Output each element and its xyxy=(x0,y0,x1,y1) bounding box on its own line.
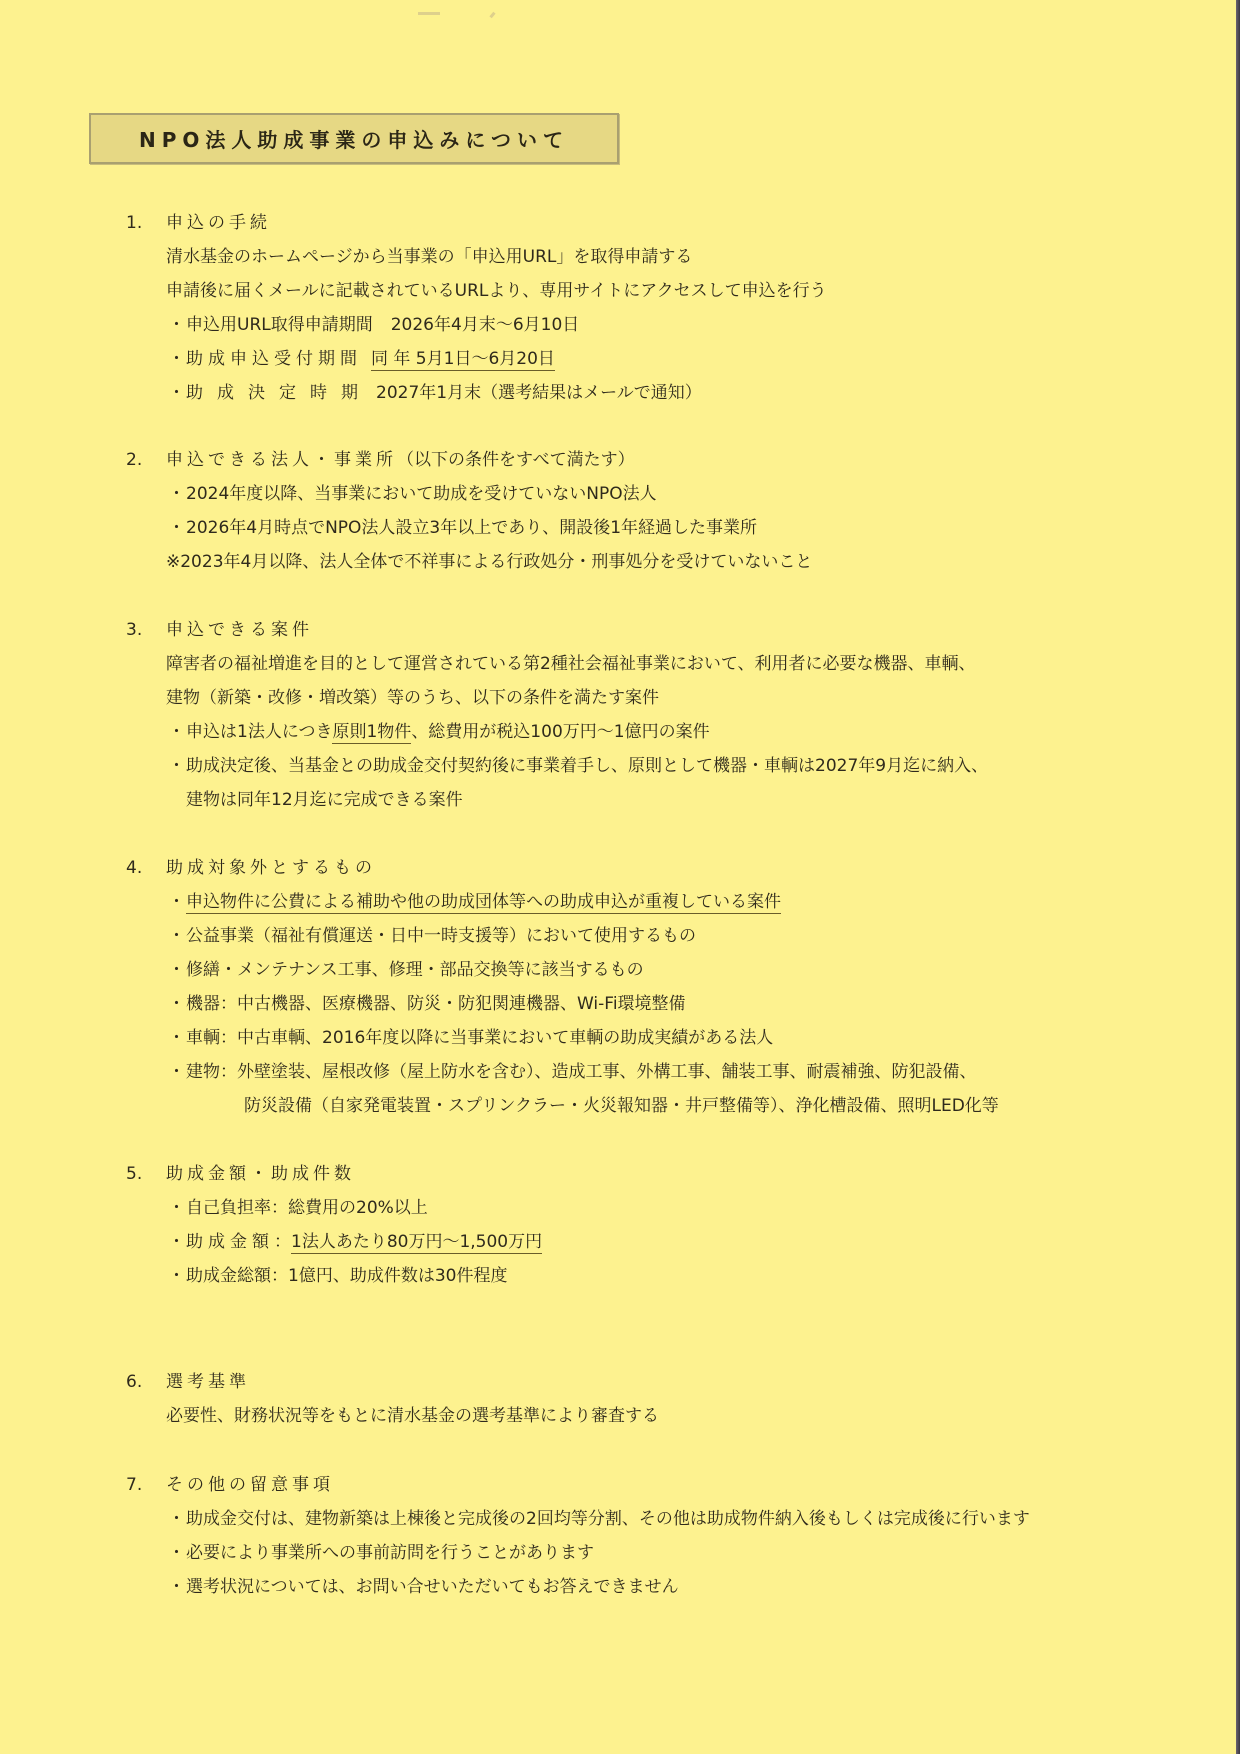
item-value-underlined: 同 年 5月1日～6月20日 xyxy=(371,349,555,371)
item-value: 1億円、助成件数は30件程度 xyxy=(288,1266,507,1286)
paragraph-line: 必要性、財務状況等をもとに清水基金の選考基準により審査する xyxy=(126,1399,1226,1433)
item-label: 建物 xyxy=(186,1062,220,1082)
bullet-icon: ・ xyxy=(168,1570,186,1604)
bullet-icon: ・ xyxy=(168,1021,186,1055)
section-2: 2.申込できる法人・事業所（以下の条件をすべて満たす） ・2024年度以降、当事… xyxy=(126,443,1226,579)
item-text: 選考状況については、お問い合せいただいてもお答えできません xyxy=(186,1577,679,1597)
bullet-icon: ・ xyxy=(168,885,186,919)
list-item: ・申込用URL取得申請期間2026年4月末～6月10日 xyxy=(126,308,1226,342)
bullet-icon: ・ xyxy=(168,1536,186,1570)
bullet-icon: ・ xyxy=(168,376,186,410)
item-label: 車輌 xyxy=(186,1028,220,1048)
section-heading: 5.助成金額・助成件数 xyxy=(126,1157,1226,1191)
list-item: ・助成決定後、当基金との助成金交付契約後に事業着手し、原則として機器・車輌は20… xyxy=(126,749,1226,783)
bullet-icon: ・ xyxy=(168,1055,186,1089)
item-value: 2026年4月末～6月10日 xyxy=(391,315,580,335)
item-value-underlined: 1法人あたり80万円～1,500万円 xyxy=(291,1232,542,1254)
heading-note: （以下の条件をすべて満たす） xyxy=(397,450,635,470)
item-text: 公益事業（福祉有償運送・日中一時支援等）において使用するもの xyxy=(186,926,696,946)
page-edge xyxy=(1236,0,1240,1754)
list-item: ・機器：中古機器、医療機器、防災・防犯関連機器、Wi-Fi環境整備 xyxy=(126,987,1226,1021)
paragraph-line: 清水基金のホームページから当事業の「申込用URL」を取得申請する xyxy=(126,240,1226,274)
item-value: 総費用の20%以上 xyxy=(288,1198,428,1218)
item-text: 2026年4月時点でNPO法人設立3年以上であり、開設後1年経過した事業所 xyxy=(186,518,757,538)
section-5: 5.助成金額・助成件数 ・自己負担率：総費用の20%以上 ・助成金額：1法人あた… xyxy=(126,1157,1226,1293)
item-text: 2024年度以降、当事業において助成を受けていないNPO法人 xyxy=(186,484,657,504)
bullet-icon: ・ xyxy=(168,749,186,783)
list-item: ・助成金交付は、建物新築は上棟後と完成後の2回均等分割、その他は助成物件納入後も… xyxy=(126,1502,1226,1536)
list-item: ・2026年4月時点でNPO法人設立3年以上であり、開設後1年経過した事業所 xyxy=(126,511,1226,545)
section-number: 1. xyxy=(126,206,166,240)
item-label: 助成金総額 xyxy=(186,1266,271,1286)
list-item: ・助成申込受付期間同 年 5月1日～6月20日 xyxy=(126,342,1226,376)
item-text: 申込は1法人につき xyxy=(186,722,332,742)
section-heading: 2.申込できる法人・事業所（以下の条件をすべて満たす） xyxy=(126,443,1226,477)
bullet-icon: ・ xyxy=(168,1191,186,1225)
heading-text: その他の留意事項 xyxy=(166,1475,334,1495)
bullet-icon: ・ xyxy=(168,477,186,511)
heading-text: 申込できる案件 xyxy=(166,620,313,640)
section-3: 3.申込できる案件 障害者の福祉増進を目的として運営されている第2種社会福祉事業… xyxy=(126,613,1226,817)
bullet-icon: ・ xyxy=(168,919,186,953)
section-heading: 1.申込の手続 xyxy=(126,206,1226,240)
heading-text: 助成金額・助成件数 xyxy=(166,1164,355,1184)
list-item: ・申込は1法人につき原則1物件、総費用が税込100万円～1億円の案件 xyxy=(126,715,1226,749)
list-item: ・助成金総額：1億円、助成件数は30件程度 xyxy=(126,1259,1226,1293)
page-title: NPO法人助成事業の申込みについて xyxy=(139,124,569,153)
bullet-icon: ・ xyxy=(168,953,186,987)
section-number: 6. xyxy=(126,1365,166,1399)
heading-text: 申込の手続 xyxy=(166,213,271,233)
bullet-icon: ・ xyxy=(168,1502,186,1536)
list-item: ・申込物件に公費による補助や他の助成団体等への助成申込が重複している案件 xyxy=(126,885,1226,919)
section-4: 4.助成対象外とするもの ・申込物件に公費による補助や他の助成団体等への助成申込… xyxy=(126,851,1226,1123)
section-1: 1.申込の手続 清水基金のホームページから当事業の「申込用URL」を取得申請する… xyxy=(126,206,1226,410)
scan-mark xyxy=(489,12,495,19)
list-item-continuation: 建物は同年12月迄に完成できる案件 xyxy=(126,783,1226,817)
paragraph-line: 建物（新築・改修・増改築）等のうち、以下の条件を満たす案件 xyxy=(126,681,1226,715)
heading-text: 申込できる法人・事業所 xyxy=(166,450,397,470)
section-number: 4. xyxy=(126,851,166,885)
list-item: ・車輌：中古車輌、2016年度以降に当事業において車輌の助成実績がある法人 xyxy=(126,1021,1226,1055)
item-label: 申込用URL取得申請期間 xyxy=(186,308,373,342)
item-label: 助成申込受付期間 xyxy=(186,342,362,376)
list-item-continuation: 防災設備（自家発電装置・スプリンクラー・火災報知器・井戸整備等）、浄化槽設備、照… xyxy=(126,1089,1226,1123)
section-number: 7. xyxy=(126,1468,166,1502)
item-label: 自己負担率 xyxy=(186,1198,271,1218)
colon: ： xyxy=(220,1028,237,1048)
list-item: ・助成金額：1法人あたり80万円～1,500万円 xyxy=(126,1225,1226,1259)
item-text-underlined: 原則1物件 xyxy=(332,722,411,744)
item-text-underlined: 申込物件に公費による補助や他の助成団体等への助成申込が重複している案件 xyxy=(186,892,781,914)
bullet-icon: ・ xyxy=(168,308,186,342)
list-item: ・自己負担率：総費用の20%以上 xyxy=(126,1191,1226,1225)
list-item: ・建物：外壁塗装、屋根改修（屋上防水を含む）、造成工事、外構工事、舗装工事、耐震… xyxy=(126,1055,1226,1089)
list-item: ・2024年度以降、当事業において助成を受けていないNPO法人 xyxy=(126,477,1226,511)
list-item: ・必要により事業所への事前訪問を行うことがあります xyxy=(126,1536,1226,1570)
item-label: 助成金額 xyxy=(186,1232,274,1252)
section-7: 7.その他の留意事項 ・助成金交付は、建物新築は上棟後と完成後の2回均等分割、そ… xyxy=(126,1468,1226,1604)
item-text: 修繕・メンテナンス工事、修理・部品交換等に該当するもの xyxy=(186,960,644,980)
item-label: 助成決定時期 xyxy=(186,376,372,410)
item-label: 機器 xyxy=(186,994,220,1014)
section-6: 6.選考基準 必要性、財務状況等をもとに清水基金の選考基準により審査する xyxy=(126,1365,1226,1433)
item-text: 助成金交付は、建物新築は上棟後と完成後の2回均等分割、その他は助成物件納入後もし… xyxy=(186,1509,1030,1529)
bullet-icon: ・ xyxy=(168,1259,186,1293)
list-item: ・修繕・メンテナンス工事、修理・部品交換等に該当するもの xyxy=(126,953,1226,987)
bullet-icon: ・ xyxy=(168,987,186,1021)
bullet-icon: ・ xyxy=(168,511,186,545)
paragraph-line: 申請後に届くメールに記載されているURLより、専用サイトにアクセスして申込を行う xyxy=(126,274,1226,308)
section-number: 3. xyxy=(126,613,166,647)
list-item: ・公益事業（福祉有償運送・日中一時支援等）において使用するもの xyxy=(126,919,1226,953)
bullet-icon: ・ xyxy=(168,715,186,749)
colon: ： xyxy=(274,1232,291,1252)
section-heading: 6.選考基準 xyxy=(126,1365,1226,1399)
title-box: NPO法人助成事業の申込みについて xyxy=(89,113,619,164)
item-text: 助成決定後、当基金との助成金交付契約後に事業着手し、原則として機器・車輌は202… xyxy=(186,756,988,776)
colon: ： xyxy=(220,994,237,1014)
section-heading: 3.申込できる案件 xyxy=(126,613,1226,647)
scan-mark xyxy=(418,12,440,15)
item-text: 中古機器、医療機器、防災・防犯関連機器、Wi-Fi環境整備 xyxy=(237,994,686,1014)
note-line: ※2023年4月以降、法人全体で不祥事による行政処分・刑事処分を受けていないこと xyxy=(126,545,1226,579)
item-text: 必要により事業所への事前訪問を行うことがあります xyxy=(186,1543,594,1563)
colon: ： xyxy=(220,1062,237,1082)
colon: ： xyxy=(271,1266,288,1286)
item-text: 、総費用が税込100万円～1億円の案件 xyxy=(411,722,709,742)
section-number: 2. xyxy=(126,443,166,477)
heading-text: 助成対象外とするもの xyxy=(166,858,376,878)
heading-text: 選考基準 xyxy=(166,1372,250,1392)
item-text: 外壁塗装、屋根改修（屋上防水を含む）、造成工事、外構工事、舗装工事、耐震補強、防… xyxy=(237,1062,977,1082)
list-item: ・選考状況については、お問い合せいただいてもお答えできません xyxy=(126,1570,1226,1604)
section-number: 5. xyxy=(126,1157,166,1191)
item-value: 2027年1月末（選考結果はメールで通知） xyxy=(376,383,702,403)
item-text: 中古車輌、2016年度以降に当事業において車輌の助成実績がある法人 xyxy=(237,1028,773,1048)
colon: ： xyxy=(271,1198,288,1218)
section-heading: 7.その他の留意事項 xyxy=(126,1468,1226,1502)
paragraph-line: 障害者の福祉増進を目的として運営されている第2種社会福祉事業において、利用者に必… xyxy=(126,647,1226,681)
section-heading: 4.助成対象外とするもの xyxy=(126,851,1226,885)
bullet-icon: ・ xyxy=(168,342,186,376)
bullet-icon: ・ xyxy=(168,1225,186,1259)
list-item: ・助成決定時期2027年1月末（選考結果はメールで通知） xyxy=(126,376,1226,410)
